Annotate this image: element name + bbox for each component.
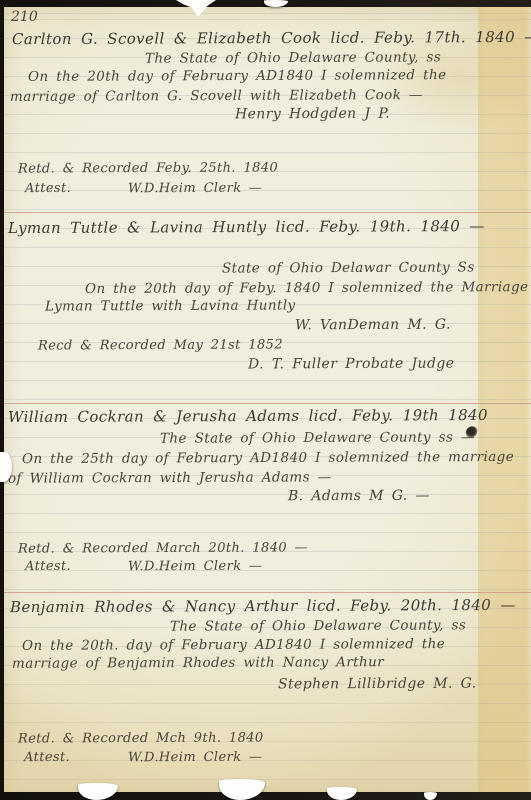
- attest-label: Attest.: [25, 558, 71, 575]
- body-line: On the 20th day of February AD1840 I sol…: [28, 67, 447, 86]
- state-line: The State of Ohio Delaware County, ss: [145, 49, 441, 67]
- body-line: On the 25th day of February AD1840 I sol…: [22, 449, 514, 468]
- record-separator: [4, 403, 531, 404]
- recorded-line: Retd. & Recorded Mch 9th. 1840: [18, 729, 264, 747]
- clerk-signature: W.D.Heim Clerk —: [128, 749, 262, 767]
- recorded-line: Retd. & Recorded March 20th. 1840 —: [18, 539, 308, 557]
- recorded-line: Retd. & Recorded Feby. 25th. 1840: [18, 159, 278, 177]
- body-line: On the 20th day of Feby. 1840 I solemniz…: [85, 279, 531, 298]
- record-heading: Benjamin Rhodes & Nancy Arthur licd. Feb…: [10, 597, 516, 616]
- state-line: State of Ohio Delawar County Ss: [222, 259, 475, 277]
- recorded-line: Recd & Recorded May 21st 1852: [38, 336, 283, 354]
- torn-paper: [219, 779, 265, 800]
- ledger-page: 210 Carlton G. Scovell & Elizabeth Cook …: [4, 7, 531, 792]
- body-line: of William Cockran with Jerusha Adams —: [8, 469, 332, 487]
- torn-paper: [78, 783, 118, 800]
- stain-overlay: [4, 7, 531, 792]
- body-line: On the 20th. day of February AD1840 I so…: [22, 636, 445, 655]
- clerk-signature: W.D.Heim Clerk —: [128, 558, 262, 576]
- body-line: Lyman Tuttle with Lavina Huntly: [45, 297, 296, 315]
- attest-label: Attest.: [24, 749, 70, 766]
- record-heading: William Cockran & Jerusha Adams licd. Fe…: [8, 407, 488, 426]
- record-separator: [4, 212, 531, 213]
- state-line: The State of Ohio Delaware County ss —: [160, 429, 475, 447]
- page-number: 210: [11, 9, 38, 25]
- signature-line: Henry Hodgden J P.: [235, 106, 390, 124]
- signature-line: Stephen Lillibridge M. G.: [278, 676, 477, 694]
- clerk-signature: W.D.Heim Clerk —: [128, 180, 262, 198]
- judge-signature: D. T. Fuller Probate Judge: [248, 356, 454, 374]
- signature-line: W. VanDeman M. G.: [295, 317, 451, 335]
- state-line: The State of Ohio Delaware County, ss: [170, 617, 466, 635]
- scanned-ledger-photo: 210 Carlton G. Scovell & Elizabeth Cook …: [0, 0, 531, 800]
- attest-label: Attest.: [25, 180, 71, 197]
- signature-line: B. Adams M G. —: [288, 488, 430, 506]
- body-line: marriage of Benjamin Rhodes with Nancy A…: [12, 654, 384, 673]
- torn-paper: [327, 787, 357, 800]
- record-separator: [4, 592, 531, 593]
- record-heading: Lyman Tuttle & Lavina Huntly licd. Feby.…: [8, 218, 485, 237]
- torn-paper: [424, 792, 437, 800]
- body-line: marriage of Carlton G. Scovell with Eliz…: [10, 87, 423, 106]
- torn-paper: [264, 0, 288, 7]
- record-heading: Carlton G. Scovell & Elizabeth Cook licd…: [12, 29, 531, 48]
